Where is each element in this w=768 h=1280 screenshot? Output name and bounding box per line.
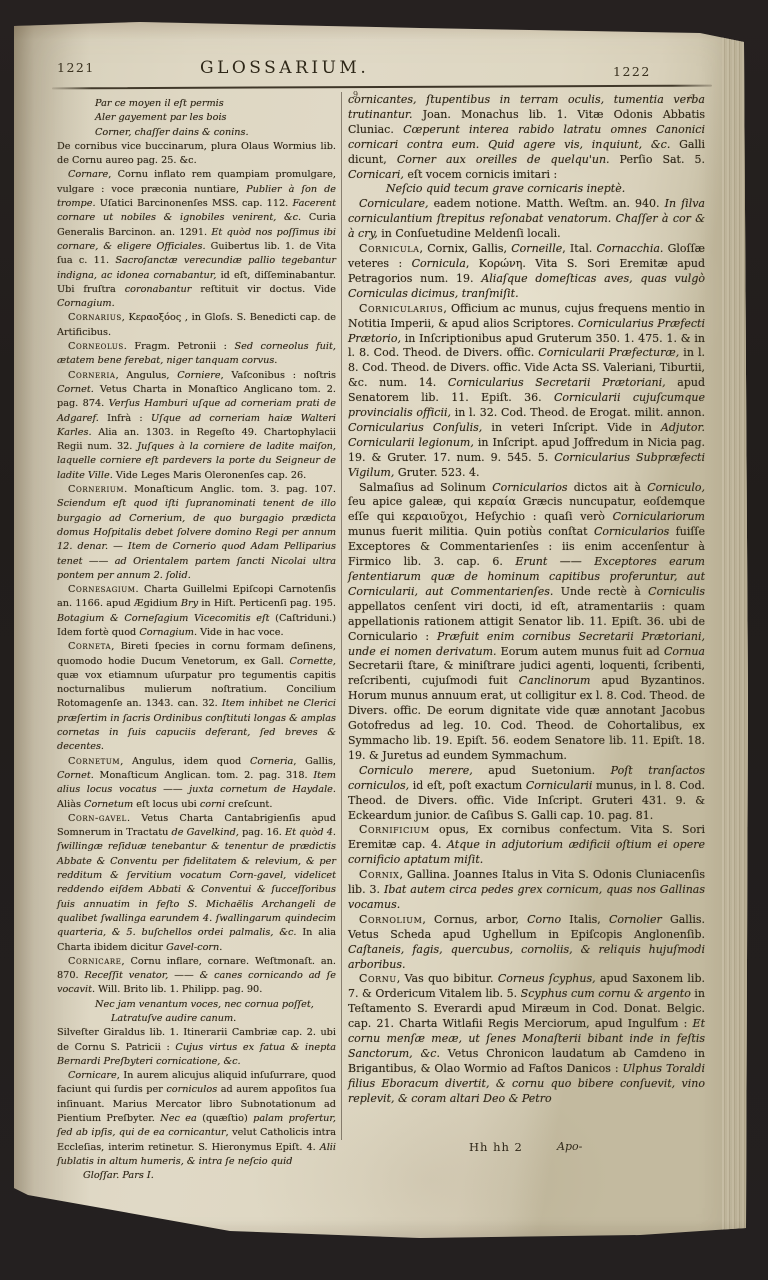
headword: Cornix xyxy=(359,868,399,881)
headword: Cornificium xyxy=(359,823,430,836)
paragraph: Par ce moyen il eſt permis xyxy=(95,97,336,111)
text-run: corni xyxy=(200,799,225,810)
text-run: Botagium & Corneſagium Vicecomitis eſt xyxy=(57,613,269,624)
text-run: . Monaſticum Anglic. tom. 3. pag. 107. xyxy=(124,484,336,495)
text-run: Cornetum xyxy=(84,799,133,810)
paragraph: Corneria, Angulus, Corniere, Vaſconibus … xyxy=(57,369,336,483)
text-run: Neſcio quid tecum grave cornicaris inept… xyxy=(386,182,625,195)
text-run: Aliàs xyxy=(57,799,84,810)
text-run: id eſt, poſt exactum xyxy=(409,779,526,792)
headword: Cornicare xyxy=(68,956,122,967)
text-run: eſt locus ubi xyxy=(133,799,200,810)
text-run: , Ital. xyxy=(562,242,596,255)
text-run: Corniculis xyxy=(648,585,705,598)
text-run: Cornicularius Secretarii Prætoriani, xyxy=(448,376,666,389)
paragraph: Latratuſve audire canum. xyxy=(111,1012,336,1026)
text-run: in Hiſt. Perticenſi pag. 195. xyxy=(198,598,336,609)
text-run: Ibat autem circa pedes grex cornicum, qu… xyxy=(348,883,705,911)
column-divider xyxy=(341,92,342,1140)
text-run: Cornua xyxy=(664,645,705,658)
paragraph: Cornolium, Cornus, arbor, Corno Italis, … xyxy=(348,913,705,973)
headword: Corneta xyxy=(68,641,111,652)
text-run: Perſio Sat. 5. xyxy=(610,153,705,166)
paragraph: Cornicare, Cornu inflare, cornare. Weſtm… xyxy=(57,955,336,998)
paragraph: Cornicare, In aurem alicujus aliquid inſ… xyxy=(57,1069,336,1169)
text-run: Corner, chaſſer dains & conins. xyxy=(95,127,249,138)
quire-signature: Hh hh 2 xyxy=(469,1140,523,1154)
text-run: corniculos xyxy=(166,1084,217,1095)
text-run: Corniculariorum xyxy=(613,510,705,523)
text-run: Latratuſve audire canum. xyxy=(111,1013,236,1024)
paragraph: Corn-gavel. Vetus Charta Cantabrigienſis… xyxy=(57,812,336,955)
text-run: eadem notione. Matth. Weſtm. an. 940. xyxy=(429,197,665,210)
text-run: in veteri Inſcript. Vide in xyxy=(482,421,661,434)
text-run: Nec ea xyxy=(160,1113,197,1124)
book-page: 1221 GLOSSARIUM. 1222 9 6 Par ce moyen i… xyxy=(0,0,768,1280)
text-run: Cornicularii Præfecturæ, xyxy=(538,346,679,359)
text-run: Scyphus cum cornu & argento xyxy=(521,987,691,1000)
text-run: Monaſticum Anglican. tom. 2. pag. 318. xyxy=(94,770,314,781)
paragraph: Cornarius, Κεραοξόος , in Gloſs. S. Bene… xyxy=(57,311,336,340)
text-run: creſcunt. xyxy=(225,799,272,810)
paragraph: Salmaſius ad Solinum Cornicularios dicto… xyxy=(348,481,705,764)
text-run: Cornicare xyxy=(68,1070,117,1081)
headword: Cornesagium xyxy=(68,584,136,595)
headword: Corneolus xyxy=(68,341,124,352)
text-run: in Conſuetudine Meldenſi locali. xyxy=(378,227,561,240)
text-run: Cornare xyxy=(68,169,108,180)
text-run: Corniere xyxy=(177,370,220,381)
text-run: Cornicula xyxy=(412,257,466,270)
text-run: De cornibus vice buccinarum, plura Olaus… xyxy=(57,141,336,166)
paragraph: Nec jam venantum voces, nec cornua poſſe… xyxy=(95,998,336,1012)
text-column-left: Par ce moyen il eſt permisAler gayement … xyxy=(57,97,336,1184)
headword: Corn-gavel xyxy=(68,813,127,824)
text-run: Bry xyxy=(181,598,198,609)
text-run: dictos ait à xyxy=(568,481,648,494)
headword: Corneria xyxy=(68,370,116,381)
text-run: , Angulus, xyxy=(116,370,178,381)
text-run: apud Suetonium. xyxy=(473,764,611,777)
headword: Cornolium xyxy=(359,913,422,926)
text-run: de Gavelkind, xyxy=(172,827,239,838)
text-run: Corniculo merere, xyxy=(359,764,473,777)
text-run: . Fragm. Petronii : xyxy=(124,341,235,352)
text-run: Corneus ſcyphus, xyxy=(498,972,596,985)
header-rule xyxy=(52,85,712,90)
text-run: pag. 16. xyxy=(239,827,285,838)
text-run: Cornet. xyxy=(57,770,94,781)
page-number-left: 1221 xyxy=(57,60,95,75)
text-run: Cornette, xyxy=(290,656,336,667)
text-run: Cornacchia. xyxy=(596,242,663,255)
headword: Cornarius xyxy=(68,312,122,323)
text-run: munus fuerit militia. Quin potiùs conſta… xyxy=(348,525,594,538)
paragraph: Cornesagium. Charta Guillelmi Epiſcopi C… xyxy=(57,583,336,640)
text-run: Cornicari, xyxy=(348,168,404,181)
paragraph: Corneta, Bireti ſpecies in cornu formam … xyxy=(57,640,336,754)
text-run: Vide in hac voce. xyxy=(197,627,284,638)
text-run: Corniculare, xyxy=(359,197,429,210)
paragraph: Corniculare, eadem notione. Matth. Weſtm… xyxy=(348,197,705,242)
text-run: Corneria xyxy=(250,756,293,767)
text-run: , Vaſconibus : noſtris xyxy=(221,370,336,381)
text-run: Caſtaneis, fagis, quercubus, cornoliis, … xyxy=(348,943,705,971)
text-run: , Angulus, idem quod xyxy=(120,756,250,767)
text-run: Gruter. 523. 4. xyxy=(394,466,479,479)
paragraph: Cornu, Vas quo bibitur. Corneus ſcyphus,… xyxy=(348,972,705,1106)
text-run: Italis, xyxy=(561,913,609,926)
text-run: Gavel-corn. xyxy=(166,942,222,953)
headword: Cornicularius xyxy=(359,302,443,315)
paragraph: Cornix, Gallina. Joannes Italus in Vita … xyxy=(348,868,705,913)
paragraph: Neſcio quid tecum grave cornicaris inept… xyxy=(386,182,705,197)
text-run: Eorum autem munus fuit ad xyxy=(497,645,664,658)
text-run: , Gallis, xyxy=(293,756,336,767)
text-run: Corniculo, xyxy=(647,481,705,494)
text-run: coronabantur xyxy=(125,284,192,295)
page-edge-stack xyxy=(722,36,748,1232)
headword: Cornerium xyxy=(68,484,124,495)
text-run: (quæſtio) xyxy=(197,1113,253,1124)
text-run: Cornolier xyxy=(609,913,662,926)
paragraph: Cornerium. Monaſticum Anglic. tom. 3. pa… xyxy=(57,483,336,583)
text-run: Cornagium. xyxy=(139,627,197,638)
text-run: Cornicularios xyxy=(492,481,567,494)
paragraph: Cornare, Cornu inflato rem quampiam prom… xyxy=(57,168,336,311)
text-run: Salmaſius ad Solinum xyxy=(359,481,492,494)
paragraph: Cornicula, Cornix, Gallis, Corneille, It… xyxy=(348,242,705,302)
text-column-right: cornicantes, ſtupentibus in terram oculi… xyxy=(348,93,705,1107)
text-run: apud Byzantinos. Horum munus annuum erat… xyxy=(348,674,705,762)
page-number-right: 1222 xyxy=(613,64,651,79)
page-title: GLOSSARIUM. xyxy=(200,58,369,78)
text-run: Par ce moyen il eſt permis xyxy=(95,98,224,109)
text-run: Corno xyxy=(527,913,561,926)
text-run: Corneille xyxy=(511,242,562,255)
text-run: Sciendum eſt quod iſti ſupranominati ten… xyxy=(57,498,336,580)
paragraph: Aler gayement par les bois xyxy=(95,111,336,125)
text-run: Cornicularios xyxy=(594,525,669,538)
paragraph: Corneolus. Fragm. Petronii : Sed corneol… xyxy=(57,340,336,369)
catchword: Apo- xyxy=(557,1140,582,1153)
text-run: Cornet. xyxy=(57,384,94,395)
text-run: in l. 32. Cod. Theod. de Erogat. milit. … xyxy=(451,406,705,419)
text-run: reſtituit vir doctus. Vide xyxy=(191,284,336,295)
text-run: , Cornix, Gallis, xyxy=(420,242,512,255)
paragraph: Gloſſar. Pars I. xyxy=(83,1169,336,1183)
paragraph: Cornicularius, Officium ac munus, cujus … xyxy=(348,302,705,481)
paragraph: Cornetum, Angulus, idem quod Corneria, G… xyxy=(57,755,336,812)
paragraph: cornicantes, ſtupentibus in terram oculi… xyxy=(348,93,705,182)
paragraph: Corniculo merere, apud Suetonium. Poſt t… xyxy=(348,764,705,824)
text-run: Uſatici Barcinonenſes MSS. cap. 112. xyxy=(96,198,293,209)
text-run: Et quòd 4. ſwillingæ reſiduæ tenebantur … xyxy=(57,827,336,938)
text-run: Canclinorum xyxy=(519,674,591,687)
text-run: , Vas quo bibitur. xyxy=(397,972,498,985)
text-run: Vide Leges Maris Oleronenſes cap. 26. xyxy=(113,470,306,481)
text-run: Corner aux oreilles de quelqu'un. xyxy=(397,153,610,166)
headword: Cornetum xyxy=(68,756,120,767)
text-run: Nec jam venantum voces, nec cornua poſſe… xyxy=(95,999,314,1010)
paragraph: Corner, chaſſer dains & conins. xyxy=(95,126,336,140)
text-run: Will. Brito lib. 1. Philipp. pag. 90. xyxy=(95,984,262,995)
text-run: Gloſſar. Pars I. xyxy=(83,1170,154,1181)
text-run: Cornagium. xyxy=(57,298,115,309)
text-run: Infrà : xyxy=(99,413,151,424)
text-run: , Cornus, arbor, xyxy=(422,913,527,926)
text-run: Unde rectè à xyxy=(553,585,648,598)
headword: Cornicula xyxy=(359,242,420,255)
text-run: Aler gayement par les bois xyxy=(95,112,227,123)
paragraph: Cornificium opus, Ex cornibus confectum.… xyxy=(348,823,705,868)
text-run: eſt vocem cornicis imitari : xyxy=(404,168,557,181)
text-run: Cornicularius Conſulis, xyxy=(348,421,482,434)
binding-edge xyxy=(0,0,53,24)
paragraph: De cornibus vice buccinarum, plura Olaus… xyxy=(57,140,336,169)
paragraph: Silveſter Giraldus lib. 1. Itinerarii Ca… xyxy=(57,1026,336,1069)
text-run: Cornicularii xyxy=(526,779,593,792)
headword: Cornu xyxy=(359,972,397,985)
